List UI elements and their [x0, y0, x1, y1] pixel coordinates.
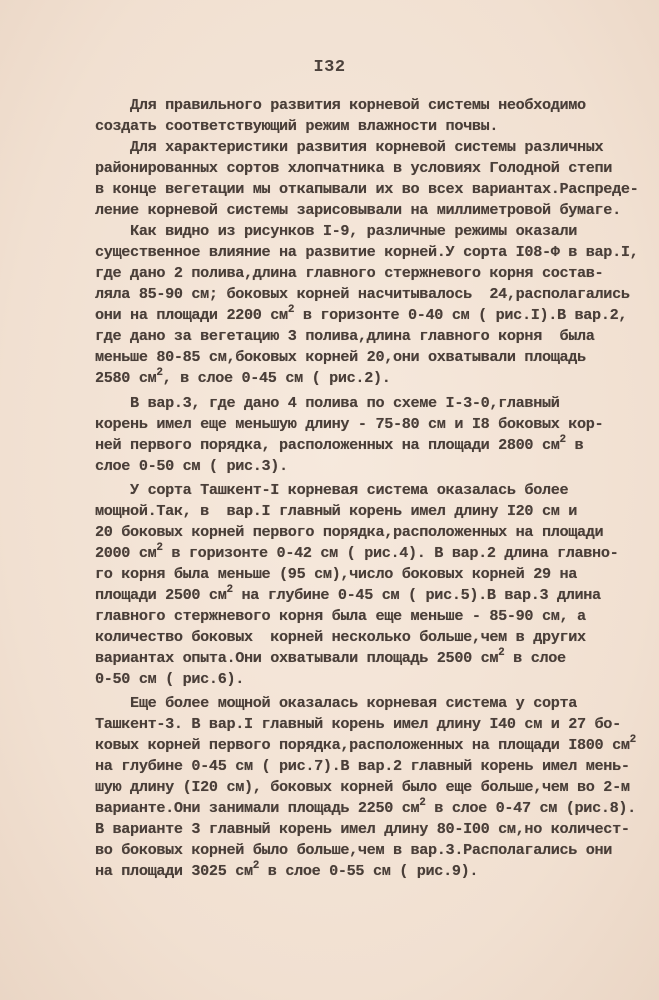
text-line: вариантах опыта.Они охватывали площадь 2… — [95, 650, 566, 666]
text-line: районированных сортов хлопчатника в усло… — [95, 160, 612, 176]
text-line: 2580 см2, в слое 0-45 см ( рис.2). — [95, 370, 391, 386]
text-line: 0-50 см ( рис.6). — [95, 671, 244, 687]
text-line: ление корневой системы зарисовывали на м… — [95, 202, 621, 218]
text-line: в конце вегетации мы откапывали их во вс… — [95, 181, 638, 197]
text-line: где дано 2 полива,длина главного стержне… — [95, 265, 603, 281]
text-line: они на площади 2200 см2 в горизонте 0-40… — [95, 307, 627, 323]
text-line: У сорта Ташкент-I корневая система оказа… — [95, 482, 568, 498]
text-line: во боковых корней было больше,чем в вар.… — [95, 842, 612, 858]
text-line: площади 2500 см2 на глубине 0-45 см ( ри… — [95, 587, 601, 603]
page-number: I32 — [0, 58, 659, 77]
text-line: ляла 85-90 см; боковых корней насчитывал… — [95, 286, 630, 302]
text-line: существенное влияние на развитие корней.… — [95, 244, 638, 260]
text-line: Для правильного развития корневой систем… — [95, 97, 586, 113]
text-line: на площади 3025 см2 в слое 0-55 см ( рис… — [95, 863, 478, 879]
text-line: шую длину (I20 см), боковых корней было … — [95, 779, 630, 795]
text-line: Для характеристики развития корневой сис… — [95, 139, 603, 155]
text-line: го корня была меньше (95 см),число боков… — [95, 566, 577, 582]
text-line: меньше 80-85 см,боковых корней 20,они ох… — [95, 349, 586, 365]
text-line: Как видно из рисунков I-9, различные реж… — [95, 223, 577, 239]
text-line: корень имел еще меньшую длину - 75-80 см… — [95, 416, 603, 432]
text-line: создать соответствующий режим влажности … — [95, 118, 498, 134]
text-line: В варианте 3 главный корень имел длину 8… — [95, 821, 630, 837]
text-line: В вар.3, где дано 4 полива по схеме I-3-… — [95, 395, 560, 411]
text-line: Еще более мощной оказалась корневая сист… — [95, 695, 577, 711]
text-line: варианте.Они занимали площадь 2250 см2 в… — [95, 800, 636, 816]
text-line: 2000 см2 в горизонте 0-42 см ( рис.4). В… — [95, 545, 618, 561]
text-line: мощной.Так, в вар.I главный корень имел … — [95, 503, 577, 519]
text-line: на глубине 0-45 см ( рис.7).В вар.2 глав… — [95, 758, 630, 774]
text-line: Ташкент-3. В вар.I главный корень имел д… — [95, 716, 621, 732]
text-line: ней первого порядка, расположенных на пл… — [95, 437, 583, 453]
text-line: слое 0-50 см ( рис.3). — [95, 458, 288, 474]
document-page: I32 Для правильного развития корневой си… — [0, 0, 659, 1000]
text-line: 20 боковых корней первого порядка,распол… — [95, 524, 603, 540]
text-line: где дано за вегетацию 3 полива,длина гла… — [95, 328, 595, 344]
text-line: количество боковых корней несколько боль… — [95, 629, 586, 645]
text-line: ковых корней первого порядка,расположенн… — [95, 737, 636, 753]
text-line: главного стержневого корня была еще мень… — [95, 608, 586, 624]
